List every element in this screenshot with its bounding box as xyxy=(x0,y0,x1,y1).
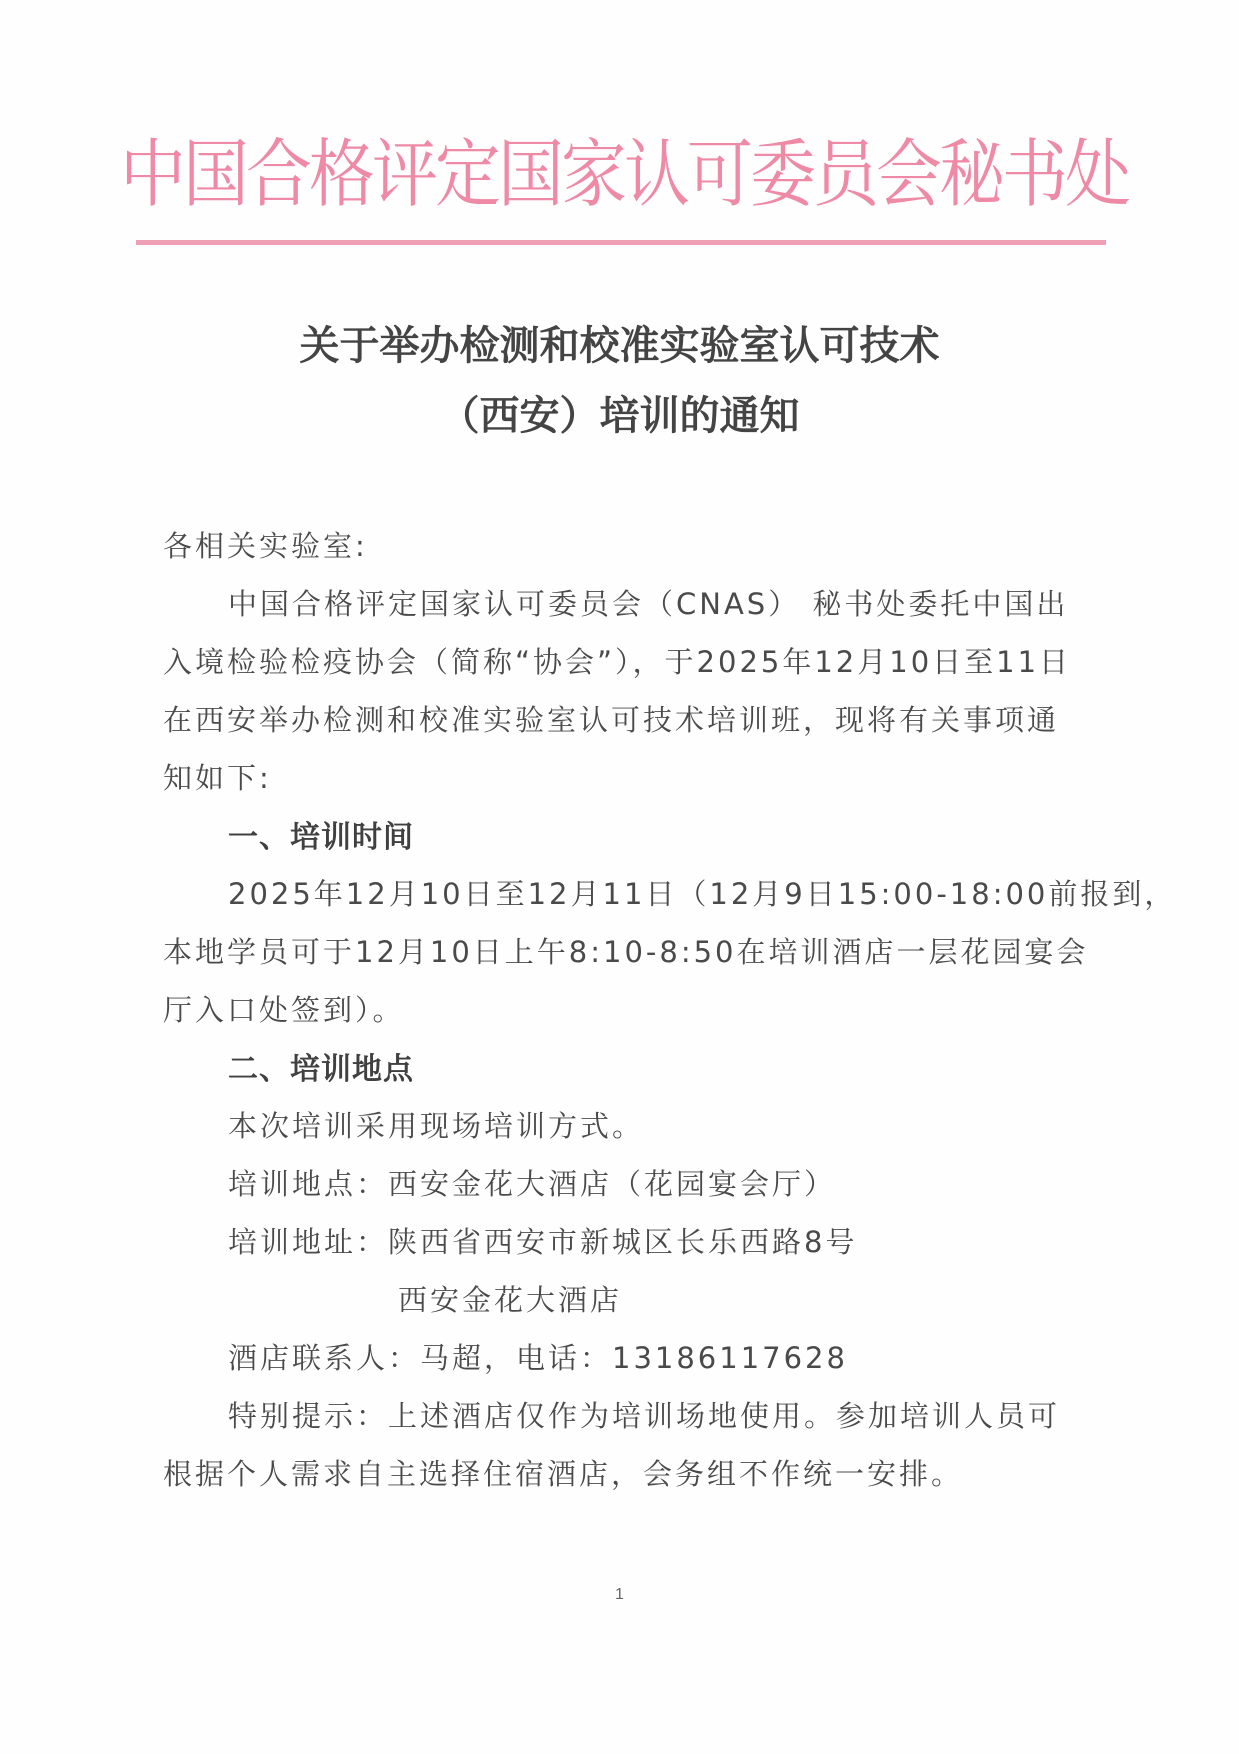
intro-line: 在西安举办检测和校准实验室认可技术培训班，现将有关事项通 xyxy=(163,698,1059,739)
special-notice: 特别提示：上述酒店仅作为培训场地使用。参加培训人员可 xyxy=(228,1394,1060,1435)
section-heading-location: 二、培训地点 xyxy=(228,1044,414,1088)
training-address: 培训地址：陕西省西安市新城区长乐西路8号 xyxy=(228,1220,857,1261)
section1-line: 2025年12月10日至12月11日（12月9日15:00-18:00前报到， xyxy=(228,872,1176,913)
training-mode: 本次培训采用现场培训方式。 xyxy=(228,1104,644,1145)
training-address-cont: 西安金花大酒店 xyxy=(398,1278,622,1319)
document-page: 中国合格评定国家认可委员会秘书处 关于举办检测和校准实验室认可技术 （西安）培训… xyxy=(0,0,1239,1754)
hotel-contact: 酒店联系人：马超，电话：13186117628 xyxy=(228,1336,848,1377)
intro-line: 入境检验检疫协会（简称“协会”），于2025年12月10日至11日 xyxy=(163,640,1071,681)
special-notice-cont: 根据个人需求自主选择住宿酒店，会务组不作统一安排。 xyxy=(163,1452,963,1493)
salutation: 各相关实验室: xyxy=(163,524,368,565)
intro-line: 知如下: xyxy=(163,756,272,797)
page-number: 1 xyxy=(0,1586,1239,1604)
training-venue: 培训地点：西安金花大酒店（花园宴会厅） xyxy=(228,1162,836,1203)
section1-line: 本地学员可于12月10日上午8:10-8:50在培训酒店一层花园宴会 xyxy=(163,930,1089,971)
section-heading-time: 一、培训时间 xyxy=(228,812,414,856)
document-title-line-1: 关于举办检测和校准实验室认可技术 xyxy=(0,314,1239,371)
section1-line: 厅入口处签到）。 xyxy=(163,988,405,1029)
letterhead-org-name: 中国合格评定国家认可委员会秘书处 xyxy=(120,128,1120,222)
intro-line: 中国合格评定国家认可委员会（CNAS） 秘书处委托中国出 xyxy=(228,582,1068,623)
letterhead-divider xyxy=(136,240,1106,245)
document-title-line-2: （西安）培训的通知 xyxy=(0,384,1239,441)
